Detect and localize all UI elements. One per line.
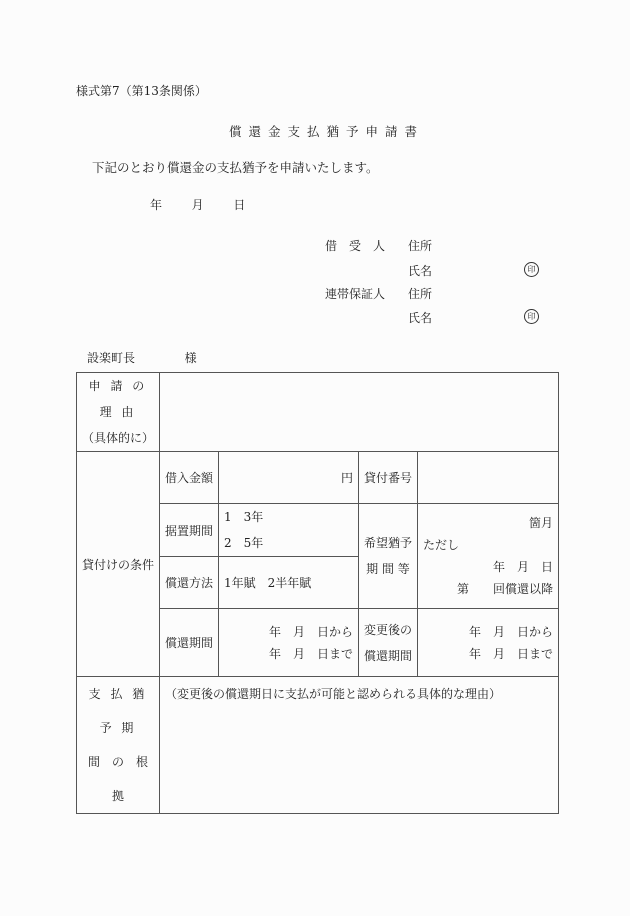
repayment-period-field[interactable]: 年 月 日から 年 月 日まで [219,609,359,677]
changed-period-label: 変更後の 償還期間 [359,609,418,677]
grace-option-1[interactable]: 1 3年 [224,504,353,530]
changed-period-from: 年 月 日から [423,621,553,643]
seal-icon: 印 [524,262,539,277]
borrower-address-label: 住所 [408,237,432,254]
guarantor-name-label: 氏名 [408,309,432,326]
grace-option-2[interactable]: 2 5年 [224,530,353,556]
form-number: 様式第7（第13条関係） [76,82,207,99]
addressee: 設楽町長 様 [87,349,197,366]
grace-period-label: 据置期間 [160,504,219,557]
desired-period-label: 希望猶予 期 間 等 [359,504,418,609]
borrower-label: 借 受 人 [325,237,385,254]
document-title: 償還金支払猶予申請書 [229,122,424,140]
date-month: 月 [192,196,204,213]
period-to: 年 月 日まで [224,643,353,665]
date-year: 年 [150,196,162,213]
loan-number-field[interactable] [418,452,559,504]
basis-label-cell: 支 払 猶 予 期 間 の 根 拠 [77,677,160,814]
repayment-method-label: 償還方法 [160,557,219,609]
changed-period-field[interactable]: 年 月 日から 年 月 日まで [418,609,559,677]
reason-label-cell: 申 請 の 理 由 （具体的に） [77,373,160,452]
basis-label-2: 間 の 根 拠 [82,745,154,813]
grace-period-options[interactable]: 1 3年 2 5年 [219,504,359,557]
reason-sublabel: （具体的に） [82,425,154,451]
addressee-name: 設楽町長 [87,351,135,365]
loan-amount-field[interactable]: 円 [219,452,359,504]
addressee-honorific: 様 [185,351,197,365]
desired-however: ただし [423,534,553,556]
reason-field[interactable] [160,373,559,452]
repayment-method-options[interactable]: 1年賦 2半年賦 [219,557,359,609]
period-from: 年 月 日から [224,621,353,643]
basis-note: （変更後の償還期日に支払が可能と認められる具体的な理由） [165,685,553,702]
desired-installment: 第 回償還以降 [423,578,553,600]
desired-period-field[interactable]: 箇月 ただし 年 月 日 第 回償還以降 [418,504,559,609]
loan-amount-label: 借入金額 [160,452,219,504]
changed-period-to: 年 月 日まで [423,643,553,665]
reason-label: 申 請 の 理 由 [82,373,154,425]
changed-label-2: 償還期間 [364,643,412,669]
basis-field[interactable]: （変更後の償還期日に支払が可能と認められる具体的な理由） [160,677,559,814]
changed-label-1: 変更後の [364,617,412,643]
yen-unit: 円 [341,471,353,485]
desired-months: 箇月 [423,512,553,534]
guarantor-label: 連帯保証人 [325,285,385,302]
application-form-table: 申 請 の 理 由 （具体的に） 貸付けの条件 借入金額 円 貸付番号 据置期間… [76,372,559,814]
repayment-period-label: 償還期間 [160,609,219,677]
desired-date: 年 月 日 [423,556,553,578]
date-day: 日 [233,196,245,213]
loan-number-label: 貸付番号 [359,452,418,504]
conditions-label: 貸付けの条件 [77,452,160,677]
desired-label-1: 希望猶予 [364,530,412,556]
borrower-name-label: 氏名 [408,262,432,279]
basis-label-1: 支 払 猶 予 期 [82,677,154,745]
guarantor-address-label: 住所 [408,285,432,302]
intro-text: 下記のとおり償還金の支払猶予を申請いたします。 [92,158,379,176]
desired-label-2: 期 間 等 [364,556,412,582]
application-date: 年 月 日 [150,196,245,213]
seal-icon: 印 [524,309,539,324]
